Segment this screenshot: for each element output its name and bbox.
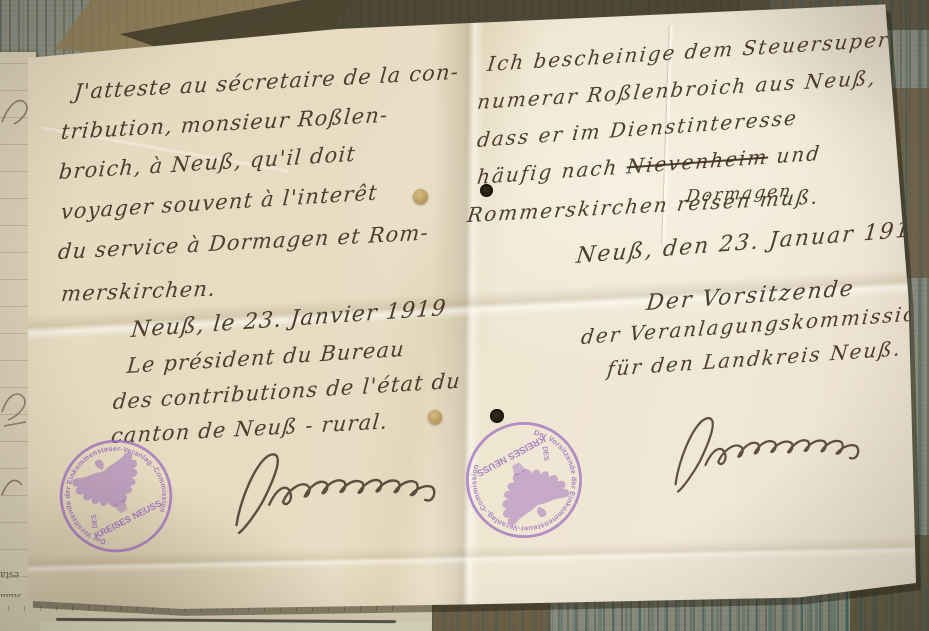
- punch-hole: [490, 409, 504, 423]
- struck-out-word: Nievenheim: [626, 144, 770, 178]
- handwriting-fragment-icon: [0, 467, 30, 507]
- stamp-des-text: DES: [91, 513, 100, 528]
- right-page-dateline: Neuß, den 23. Januar 1919: [575, 216, 929, 269]
- signature-right: John Cünnich: [639, 391, 898, 501]
- left-page-body-line: merskirchen.: [60, 276, 217, 306]
- left-page-closing-line: Le président du Bureau: [126, 337, 406, 378]
- lower-sheet-edge: [40, 622, 430, 631]
- body-text: und: [767, 141, 822, 169]
- right-page-body-line: Rommerskirchen reisen muß.: [466, 184, 821, 227]
- photo-scene: estal staan est J'atteste au sécretaire …: [0, 0, 929, 631]
- mirrored-print-fragment: estal: [0, 568, 19, 583]
- letter-sheet: J'atteste au sécretaire de la con- tribu…: [0, 0, 929, 631]
- punch-hole: [413, 189, 428, 204]
- punch-hole: [428, 410, 442, 424]
- left-page-body-line: broich, à Neuß, qu'il doit: [58, 142, 357, 184]
- stamp-des-text: DES: [541, 446, 550, 462]
- left-page-body-line: tribution, monsieur Roßlen-: [60, 103, 389, 144]
- signature-stroke: [268, 474, 435, 512]
- left-page-body-line: du service à Dormagen et Rom-: [57, 220, 430, 264]
- left-page-body-line: J'atteste au sécretaire de la con-: [73, 60, 460, 104]
- left-page-body-line: voyager souvent à l'interêt: [60, 180, 379, 224]
- signature-left: John Cünnich: [215, 430, 459, 541]
- body-text: häufig nach: [476, 154, 628, 189]
- punch-hole: [480, 184, 493, 197]
- signature-stroke: [704, 434, 859, 472]
